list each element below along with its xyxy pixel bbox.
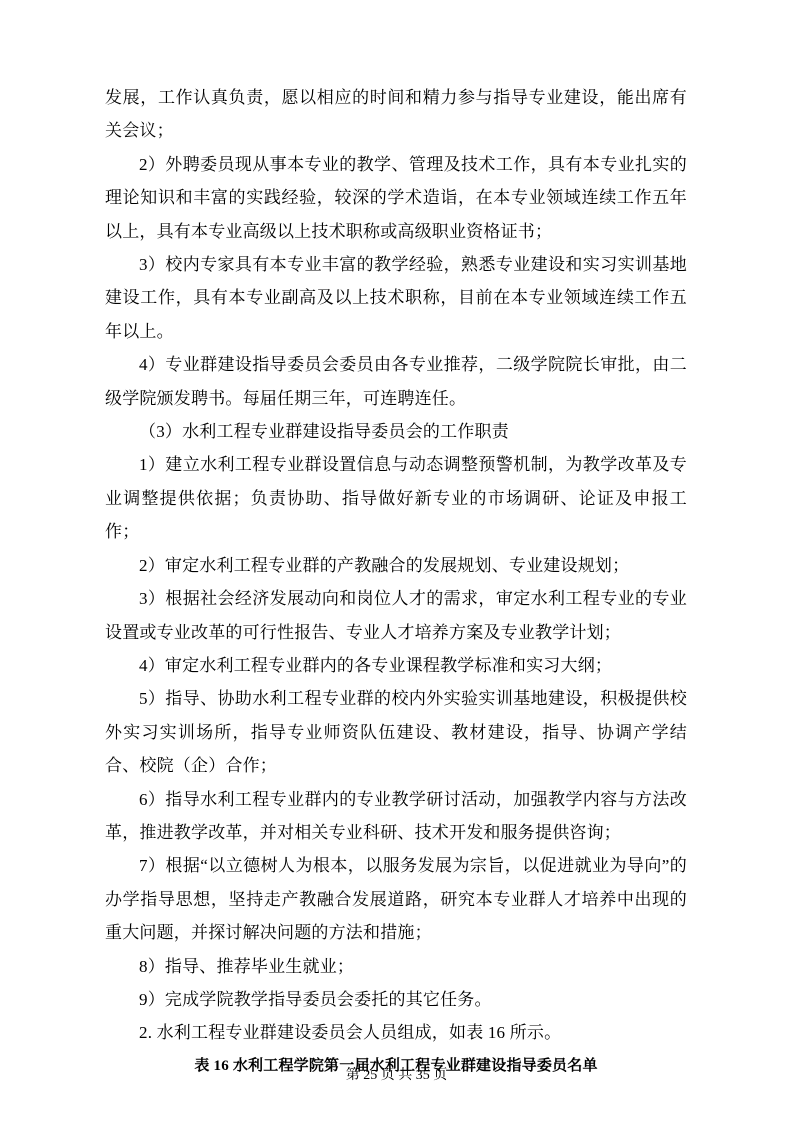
paragraph: 9）完成学院教学指导委员会委托的其它任务。 bbox=[105, 983, 687, 1016]
paragraph: 7）根据“以立德树人为根本，以服务发展为宗旨，以促进就业为导向”的办学指导思想，… bbox=[105, 849, 687, 949]
paragraph: 3）校内专家具有本专业丰富的教学经验，熟悉专业建设和实习实训基地建设工作，具有本… bbox=[105, 248, 687, 348]
paragraph: 2）审定水利工程专业群的产教融合的发展规划、专业建设规划； bbox=[105, 549, 687, 582]
paragraph: 6）指导水利工程专业群内的专业教学研讨活动，加强教学内容与方法改革，推进教学改革… bbox=[105, 783, 687, 850]
section-heading: （3）水利工程专业群建设指导委员会的工作职责 bbox=[105, 415, 687, 448]
paragraph: 8）指导、推荐毕业生就业； bbox=[105, 950, 687, 983]
paragraph: 1）建立水利工程专业群设置信息与动态调整预警机制，为教学改革及专业调整提供依据；… bbox=[105, 448, 687, 548]
page-number: 第 25 页 共 35 页 bbox=[346, 1068, 448, 1083]
document-page: 发展，工作认真负责，愿以相应的时间和精力参与指导专业建设，能出席有关会议； 2）… bbox=[0, 0, 793, 1122]
paragraph: 3）根据社会经济发展动向和岗位人才的需求，审定水利工程专业的专业设置或专业改革的… bbox=[105, 582, 687, 649]
paragraph: 2）外聘委员现从事本专业的教学、管理及技术工作，具有本专业扎实的理论知识和丰富的… bbox=[105, 148, 687, 248]
paragraph: 2. 水利工程专业群建设委员会人员组成，如表 16 所示。 bbox=[105, 1016, 687, 1049]
paragraph: 发展，工作认真负责，愿以相应的时间和精力参与指导专业建设，能出席有关会议； bbox=[105, 81, 687, 148]
paragraph: 5）指导、协助水利工程专业群的校内外实验实训基地建设，积极提供校外实习实训场所，… bbox=[105, 682, 687, 782]
paragraph: 4）审定水利工程专业群内的各专业课程教学标准和实习大纲； bbox=[105, 649, 687, 682]
body-text: 发展，工作认真负责，愿以相应的时间和精力参与指导专业建设，能出席有关会议； 2）… bbox=[105, 81, 687, 1083]
page-footer: 第 25 页 共 35 页 bbox=[0, 1066, 793, 1086]
paragraph: 4）专业群建设指导委员会委员由各专业推荐，二级学院院长审批，由二级学院颁发聘书。… bbox=[105, 348, 687, 415]
